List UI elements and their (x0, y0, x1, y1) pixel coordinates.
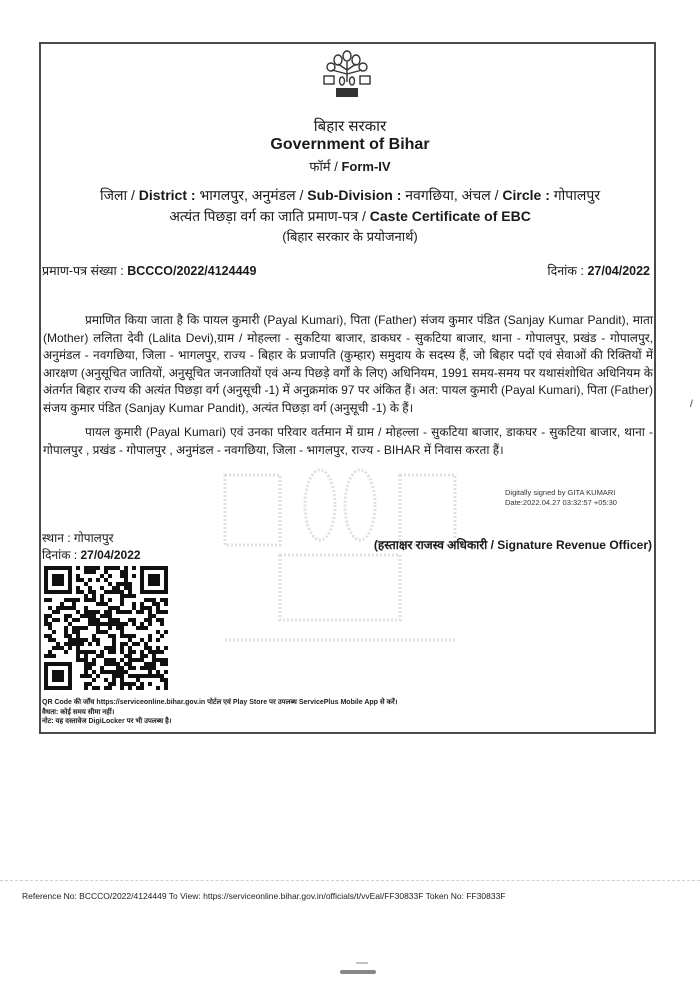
government-title: Government of Bihar (0, 136, 700, 154)
digital-signature: Digitally signed by GITA KUMARI Date:202… (505, 488, 617, 508)
scan-smudge (340, 970, 376, 974)
qr-code-icon[interactable] (44, 566, 168, 690)
signature-officer: (हस्ताक्षर राजस्व अधिकारी / Signature Re… (374, 536, 652, 553)
certificate-date: दिनांक : 27/04/2022 (547, 262, 650, 279)
qr-verify-note: QR Code की जाँच https://serviceonline.bi… (42, 698, 397, 708)
bihar-emblem-icon (318, 48, 376, 100)
certification-paragraph: प्रमाणित किया जाता है कि पायल कुमारी (Pa… (43, 312, 653, 417)
certificate-number: प्रमाण-पत्र संख्या : BCCCO/2022/4124449 (42, 262, 256, 279)
government-title-hindi: बिहार सरकार (0, 116, 700, 136)
validity-note: वैधता: कोई समय सीमा नहीं। (42, 708, 397, 718)
certificate-title: अत्यंत पिछड़ा वर्ग का जाति प्रमाण-पत्र /… (0, 207, 700, 226)
certificate-purpose: (बिहार सरकार के प्रयोजनार्थ) (0, 227, 700, 245)
verification-notes: QR Code की जाँच https://serviceonline.bi… (42, 698, 397, 727)
residence-paragraph: पायल कुमारी (Payal Kumari) एवं उनका परिव… (43, 424, 653, 459)
reference-footer: Reference No: BCCCO/2022/4124449 To View… (22, 891, 506, 901)
form-number: फॉर्म / Form-IV (0, 157, 700, 175)
scan-mark: / (690, 399, 693, 410)
issue-date: दिनांक : 27/04/2022 (42, 546, 141, 563)
footer-divider (0, 880, 700, 881)
scan-smudge (356, 962, 368, 964)
jurisdiction-line: जिला / District : भागलपुर, अनुमंडल / Sub… (0, 186, 700, 205)
emblem-watermark-icon (215, 455, 465, 655)
issue-place: स्थान : गोपालपुर (42, 529, 114, 546)
digilocker-note: नोट: यह दस्तावेज DigiLocker पर भी उपलब्ध… (42, 717, 397, 727)
